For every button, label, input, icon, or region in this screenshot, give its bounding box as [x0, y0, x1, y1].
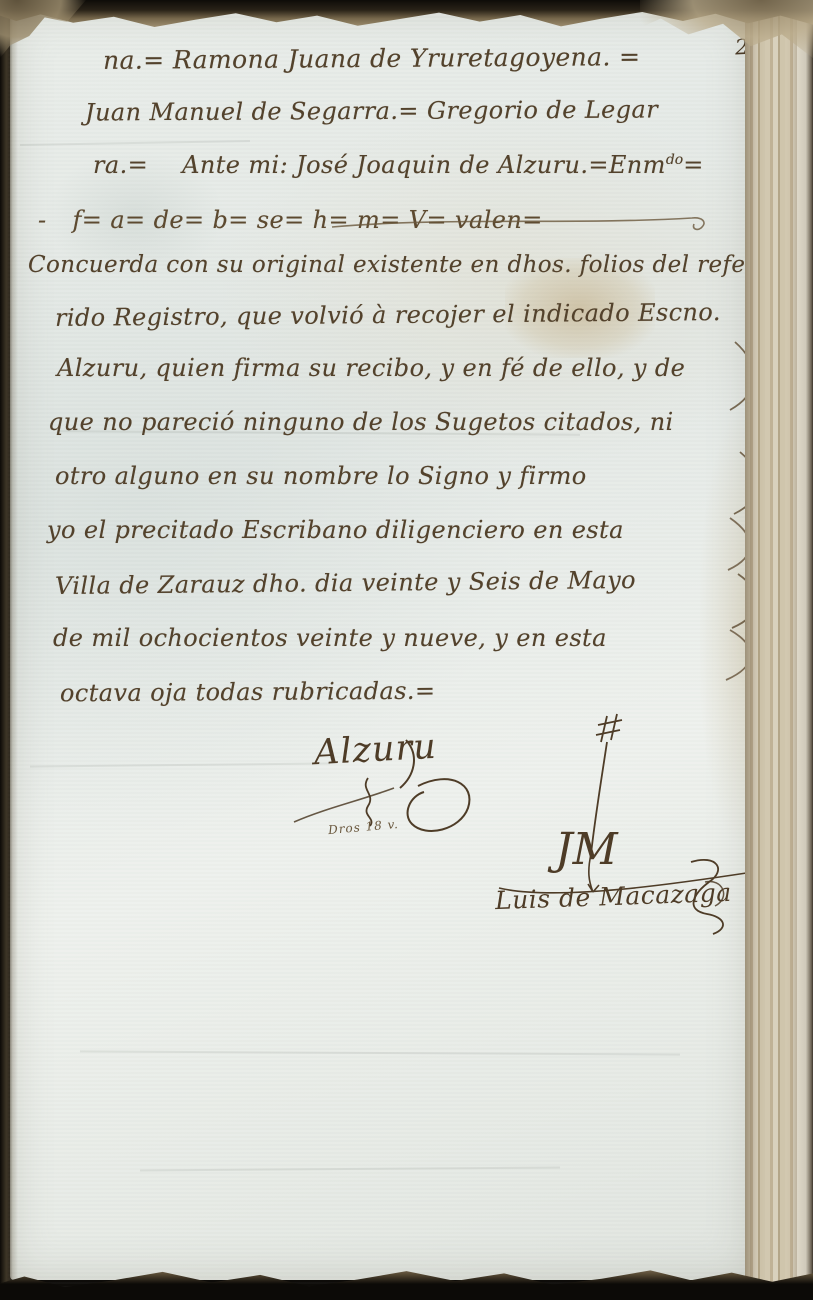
manuscript-line-8: que no pareció ninguno de los Sugetos ci…: [48, 408, 674, 436]
signature-block-alzuru: Alzuru Dros 18 v.: [268, 728, 508, 858]
line-text: Ante mi: José Joaquin de Alzuru.=Enm: [182, 151, 666, 179]
manuscript-scan: 218. na.= Ramona Juana de Yruretagoyena.…: [0, 0, 813, 1300]
book-page-edges: [745, 0, 797, 1300]
margin-dash: -: [38, 206, 47, 234]
line-prefix: ra.=: [93, 151, 148, 179]
manuscript-line-12: de mil ochocientos veinte y nueve, y en …: [53, 624, 607, 652]
manuscript-line-9: otro alguno en su nombre lo Signo y firm…: [55, 462, 587, 490]
manuscript-line-6: rido Registro, que volvió à recojer el i…: [55, 298, 721, 332]
manuscript-line-2: Juan Manuel de Segarra.= Gregorio de Leg…: [85, 95, 658, 126]
manuscript-line-7: Alzuru, quien firma su recibo, y en fé d…: [57, 354, 685, 382]
binding-shadow: [0, 0, 18, 1300]
manuscript-line-5: Concuerda con su original existente en d…: [28, 252, 754, 278]
manuscript-line-1: na.= Ramona Juana de Yruretagoyena. =: [103, 42, 641, 75]
line-tail: =: [683, 151, 704, 179]
manuscript-line-13: octava oja todas rubricadas.=: [60, 677, 436, 708]
superscript-abbreviation: do: [666, 152, 683, 168]
manuscript-line-3: ra.=Ante mi: José Joaquin de Alzuru.=Enm…: [93, 151, 704, 179]
notary-monogram: JM: [547, 824, 619, 875]
scan-right-edge: [797, 0, 813, 1300]
signature-alzuru: Alzuru: [313, 727, 438, 773]
ink-rule-flourish: [330, 210, 720, 238]
manuscript-line-10: yo el precitado Escribano diligenciero e…: [47, 516, 624, 544]
